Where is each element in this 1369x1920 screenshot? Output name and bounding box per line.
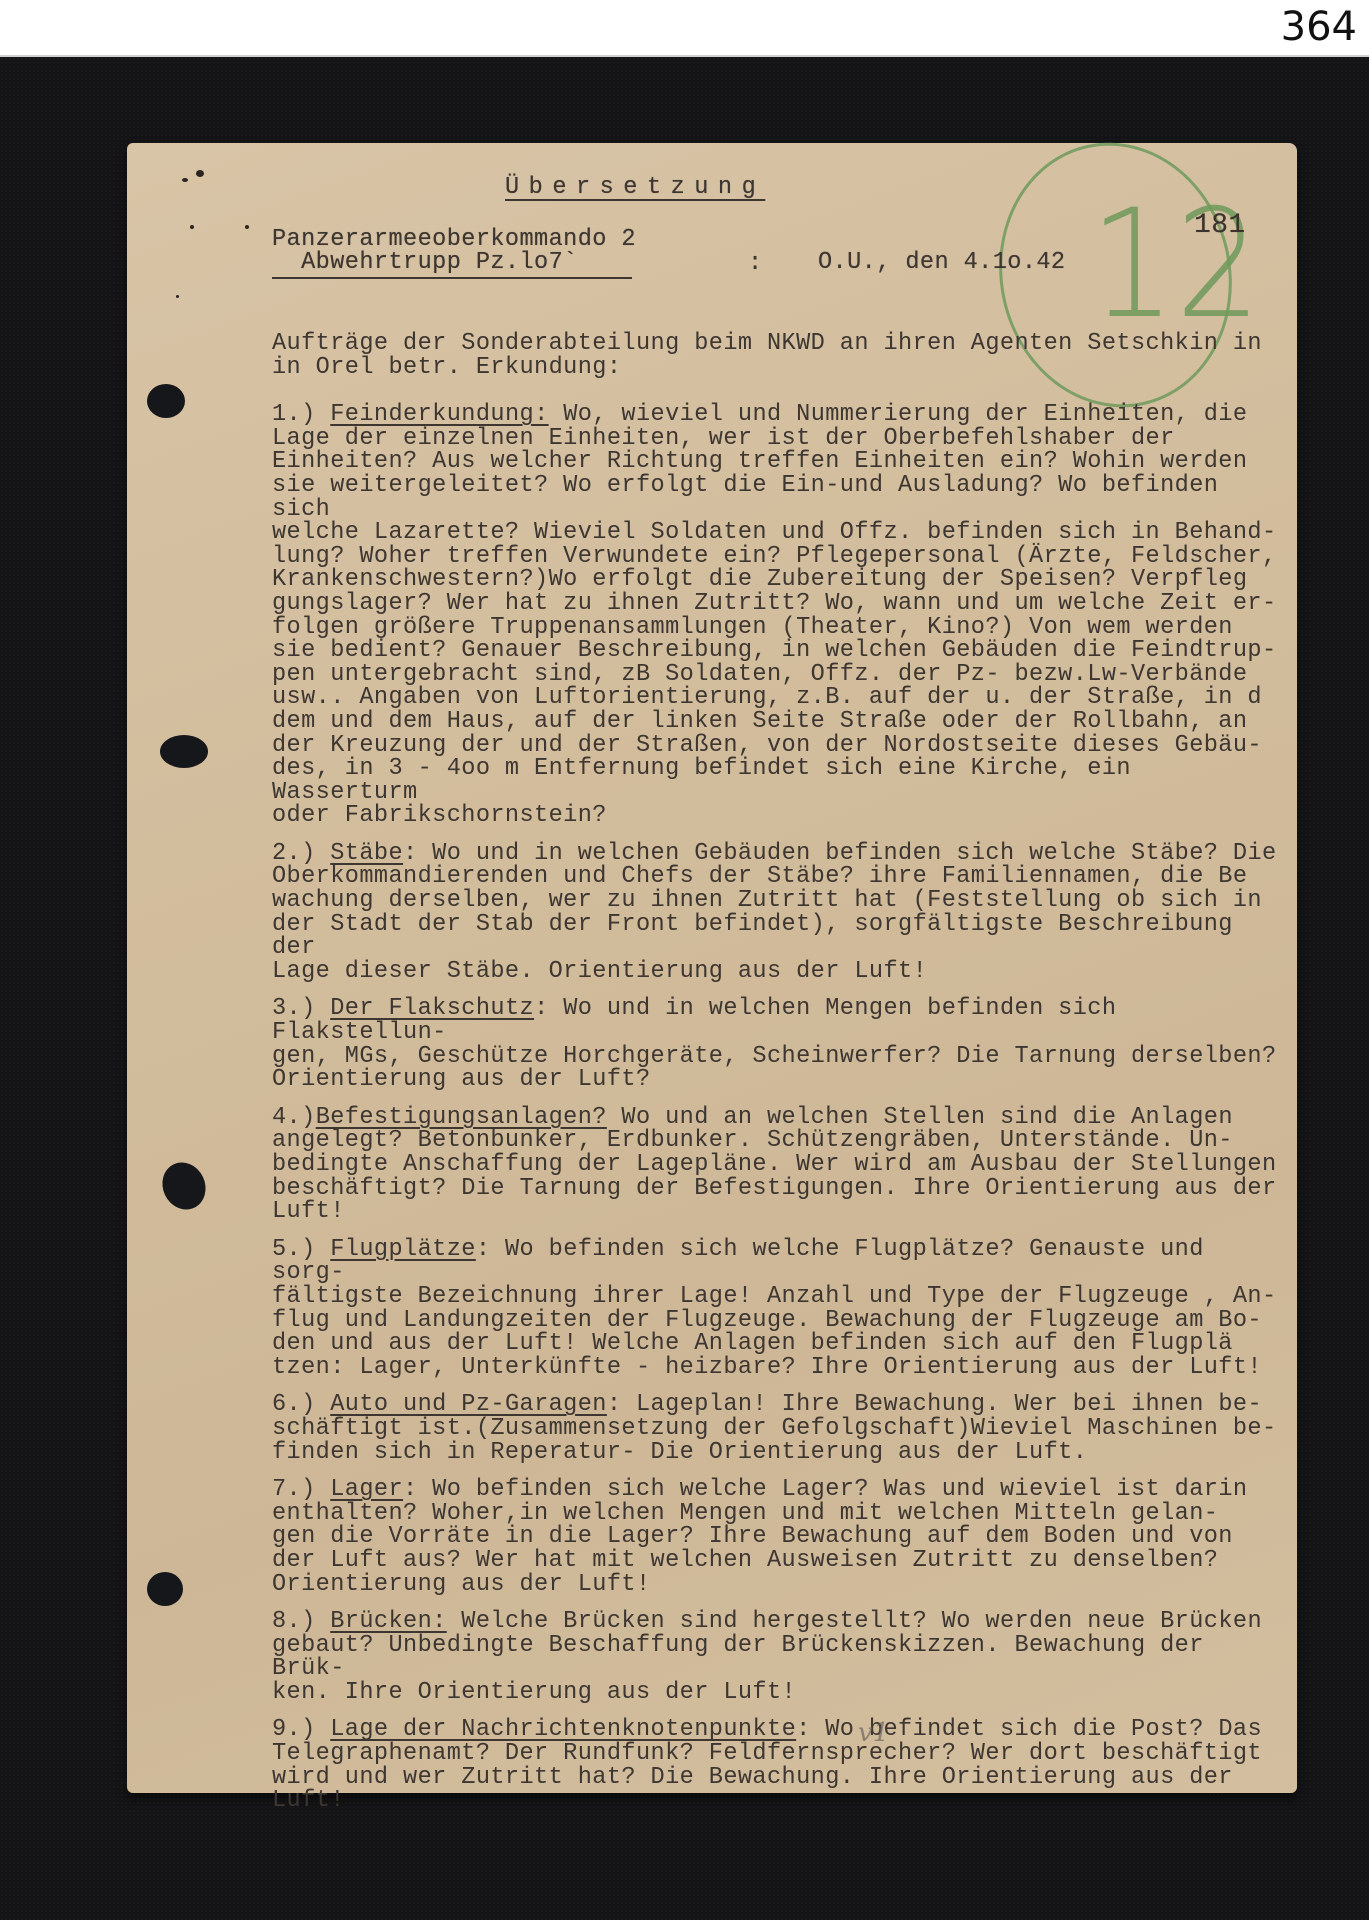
pencil-annotation: v1 xyxy=(858,1718,889,1748)
section-heading: Flugplätze xyxy=(330,1236,476,1263)
section-text: Wo, wieviel und Nummerierung der Einheit… xyxy=(272,401,1277,829)
intro-paragraph: Aufträge der Sonderabteilung beim NKWD a… xyxy=(272,332,1282,379)
section-text: : Wo und in welchen Gebäuden befinden si… xyxy=(272,840,1277,985)
punch-hole-4 xyxy=(147,1572,183,1606)
folio-number: 181 xyxy=(1194,214,1246,238)
header-unit-line2: Abwehrtrupp Pz.lo7` xyxy=(272,251,578,275)
section-6: 6.) Auto und Pz-Garagen: Lageplan! Ihre … xyxy=(272,1393,1282,1464)
section-5: 5.) Flugplätze: Wo befinden sich welche … xyxy=(272,1238,1282,1380)
place-date: O.U., den 4.1o.42 xyxy=(818,251,1066,275)
page-header-band: 364 xyxy=(0,0,1369,57)
section-7: 7.) Lager: Wo befinden sich welche Lager… xyxy=(272,1478,1282,1596)
section-2: 2.) Stäbe: Wo und in welchen Gebäuden be… xyxy=(272,842,1282,984)
paper-speck xyxy=(190,225,194,229)
section-1: 1.) Feinderkundung: Wo, wieviel und Numm… xyxy=(272,403,1282,828)
paper-speck xyxy=(182,178,188,182)
section-9: 9.) Lage der Nachrichtenknotenpunkte: Wo… xyxy=(272,1718,1282,1812)
paper-speck xyxy=(196,170,204,177)
section-8: 8.) Brücken: Welche Brücken sind hergest… xyxy=(272,1610,1282,1704)
paper-speck xyxy=(176,295,179,298)
section-3: 3.) Der Flakschutz: Wo und in welchen Me… xyxy=(272,997,1282,1091)
paper-speck xyxy=(245,225,249,229)
header-separator: : xyxy=(748,252,763,276)
header-underline xyxy=(272,277,632,279)
punch-hole-2 xyxy=(160,735,208,768)
document-body: Aufträge der Sonderabteilung beim NKWD a… xyxy=(272,332,1282,1827)
section-text: : Wo befinden sich welche Lager? Was und… xyxy=(272,1476,1247,1597)
document-title: Übersetzung xyxy=(505,176,765,200)
section-4: 4.)Befestigungsanlagen? Wo und an welche… xyxy=(272,1106,1282,1224)
punch-hole-1 xyxy=(147,384,185,418)
page-number: 364 xyxy=(1281,4,1357,50)
